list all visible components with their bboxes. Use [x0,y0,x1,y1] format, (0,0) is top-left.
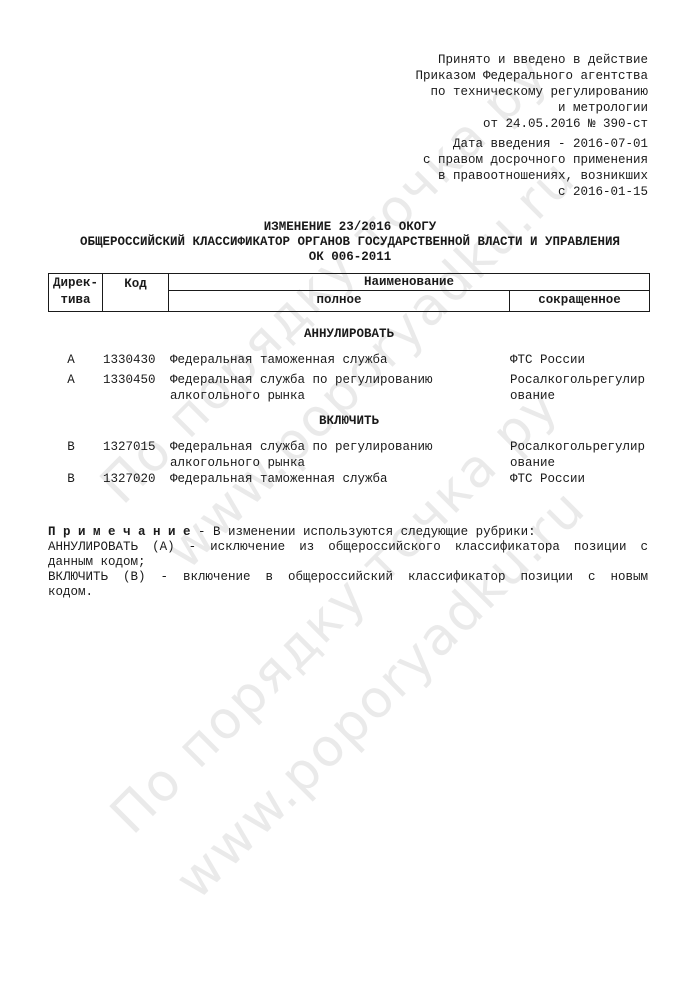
section-rows-annul: А 1330430 Федеральная таможенная служба … [48,352,650,404]
section-heading-annul: АННУЛИРОВАТЬ [48,326,650,342]
cell-full-name: Федеральная служба по регулированию алко… [170,372,510,404]
introduction-paragraph: Дата введения - 2016-07-01 с правом доср… [415,136,648,200]
cell-short-name: ФТС России [510,471,650,487]
cell-short-name: Росалкогольрегулир ование [510,439,650,471]
introduction-line: с правом досрочного применения [415,152,648,168]
cell-full-name: Федеральная служба по регулированию алко… [170,439,510,471]
table-row: А 1330450 Федеральная служба по регулиро… [48,372,650,404]
adoption-line: от 24.05.2016 № 390-ст [415,116,648,132]
note-intro: - В изменении используются следующие руб… [191,525,536,539]
adoption-line: и метрологии [415,100,648,116]
introduction-line: с 2016-01-15 [415,184,648,200]
adoption-line: по техническому регулированию [415,84,648,100]
col-header-directive: Дирек- тива [49,274,103,311]
cell-code: 1330450 [103,372,170,388]
note-line: данным кодом; [48,555,648,570]
table-row: В 1327015 Федеральная служба по регулиро… [48,439,650,471]
col-header-name-group: Наименование полное сокращенное [169,274,649,311]
table-header: Дирек- тива Код Наименование полное сокр… [48,273,650,312]
col-header-name: Наименование [169,274,649,291]
cell-full-name: Федеральная таможенная служба [170,471,510,487]
adoption-paragraph: Принято и введено в действие Приказом Фе… [415,52,648,132]
cell-full-name: Федеральная таможенная служба [170,352,510,368]
cell-code: 1327015 [103,439,170,455]
note-label: П р и м е ч а н и е [48,525,191,539]
page-title: ИЗМЕНЕНИЕ 23/2016 ОКОГУ ОБЩЕРОССИЙСКИЙ К… [0,220,700,265]
col-header-short: сокращенное [510,291,649,311]
title-line-1: ИЗМЕНЕНИЕ 23/2016 ОКОГУ [0,220,700,235]
section-heading-include: ВКЛЮЧИТЬ [48,413,650,429]
document-content: Принято и введено в действие Приказом Фе… [0,0,700,990]
note-block: П р и м е ч а н и е - В изменении исполь… [48,525,648,600]
cell-directive: В [48,439,94,455]
adoption-line: Принято и введено в действие [415,52,648,68]
adoption-block: Принято и введено в действие Приказом Фе… [415,52,648,200]
note-line: АННУЛИРОВАТЬ (А) - исключение из общерос… [48,540,648,555]
title-line-3: ОК 006-2011 [0,250,700,265]
document-page: По порядку точка ру www.poporyadku.ru По… [0,0,700,990]
introduction-line: Дата введения - 2016-07-01 [415,136,648,152]
title-line-2: ОБЩЕРОССИЙСКИЙ КЛАССИФИКАТОР ОРГАНОВ ГОС… [0,235,700,250]
note-line: кодом. [48,585,648,600]
note-line: ВКЛЮЧИТЬ (В) - включение в общероссийски… [48,570,648,585]
col-header-code: Код [103,274,169,311]
cell-directive: А [48,352,94,368]
cell-code: 1330430 [103,352,170,368]
cell-directive: В [48,471,94,487]
cell-directive: А [48,372,94,388]
adoption-line: Приказом Федерального агентства [415,68,648,84]
col-header-full: полное [169,291,510,311]
cell-code: 1327020 [103,471,170,487]
table-row: В 1327020 Федеральная таможенная служба … [48,471,650,487]
col-header-name-subrow: полное сокращенное [169,291,649,311]
introduction-line: в правоотношениях, возникших [415,168,648,184]
cell-short-name: ФТС России [510,352,650,368]
note-line: П р и м е ч а н и е - В изменении исполь… [48,525,648,540]
table-row: А 1330430 Федеральная таможенная служба … [48,352,650,368]
cell-short-name: Росалкогольрегулир ование [510,372,650,404]
section-rows-include: В 1327015 Федеральная служба по регулиро… [48,439,650,487]
